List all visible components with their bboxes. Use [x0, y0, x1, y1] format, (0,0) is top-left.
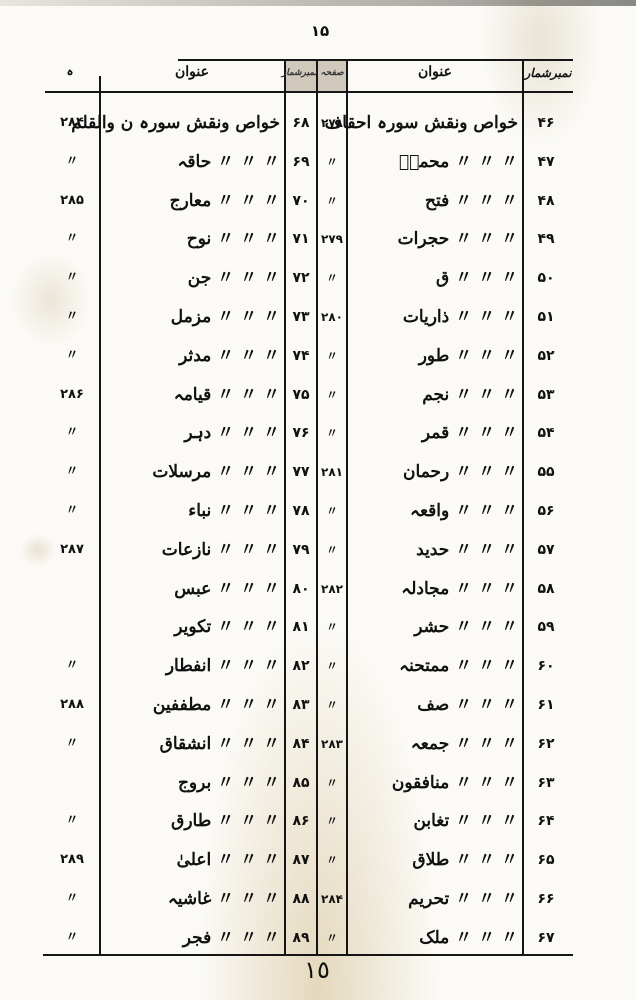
right-title-cell: 〃 〃 〃 منافقون	[350, 764, 518, 802]
left-page-cell: 〃	[50, 919, 94, 957]
right-serial-cell: ۶۰	[526, 647, 566, 685]
table-row: ۶۶〃 〃 〃 تحریم۲۸۴۸۸〃 〃 〃 غاشیہ〃	[0, 880, 636, 918]
right-serial-cell: ۵۱	[526, 298, 566, 336]
table-row: ۶۷〃 〃 〃 ملک〃۸۹〃 〃 〃 فجر〃	[0, 919, 636, 957]
page-cell: 〃	[318, 337, 346, 375]
right-serial-cell: ۴۹	[526, 220, 566, 258]
right-serial-cell: ۶۴	[526, 802, 566, 840]
left-serial-cell: ۷۶	[286, 414, 316, 452]
right-serial-cell: ۵۴	[526, 414, 566, 452]
table-row: ۵۸〃 〃 〃 مجادلہ۲۸۲۸۰〃 〃 〃 عبس	[0, 570, 636, 608]
table-row: ۵۷〃 〃 〃 حدید〃۷۹〃 〃 〃 نازعات۲۸۷	[0, 531, 636, 569]
right-serial-cell: ۵۷	[526, 531, 566, 569]
left-serial-cell: ۷۷	[286, 453, 316, 491]
table-row: ۴۸〃 〃 〃 فتح〃۷۰〃 〃 〃 معارج۲۸۵	[0, 182, 636, 220]
header-left-title: عنوان	[100, 64, 284, 80]
left-page-cell: ۲۸۶	[50, 376, 94, 414]
page-top-edge	[0, 0, 636, 6]
left-page-cell: 〃	[50, 337, 94, 375]
table-row: ۵۳〃 〃 〃 نجم〃۷۵〃 〃 〃 قیامہ۲۸۶	[0, 376, 636, 414]
right-title-cell: 〃 〃 〃 ذاریات	[350, 298, 518, 336]
left-title-cell: 〃 〃 〃 مدثر	[104, 337, 280, 375]
table-top-rule	[178, 59, 573, 61]
header-left-page: ہ	[50, 64, 90, 78]
left-serial-cell: ۸۴	[286, 725, 316, 763]
right-title-cell: 〃 〃 〃 ق	[350, 259, 518, 297]
left-page-cell: 〃	[50, 647, 94, 685]
right-serial-cell: ۶۶	[526, 880, 566, 918]
left-title-cell: 〃 〃 〃 اعلیٰ	[104, 841, 280, 879]
header-page: صفحہ	[317, 68, 347, 78]
left-title-cell: 〃 〃 〃 بروج	[104, 764, 280, 802]
right-serial-cell: ۶۷	[526, 919, 566, 957]
left-title-cell: 〃 〃 〃 طارق	[104, 802, 280, 840]
table-row: ۶۵〃 〃 〃 طلاق〃۸۷〃 〃 〃 اعلیٰ۲۸۹	[0, 841, 636, 879]
right-serial-cell: ۵۹	[526, 608, 566, 646]
right-title-cell: 〃 〃 〃 محمدؐ	[350, 143, 518, 181]
right-serial-cell: ۴۶	[526, 104, 566, 142]
left-title-cell: 〃 〃 〃 معارج	[104, 182, 280, 220]
page-cell: 〃	[318, 841, 346, 879]
table-row: ۶۱〃 〃 〃 صف〃۸۳〃 〃 〃 مطففین۲۸۸	[0, 686, 636, 724]
right-title-cell: 〃 〃 〃 قمر	[350, 414, 518, 452]
page-cell: 〃	[318, 608, 346, 646]
left-serial-cell: ۸۹	[286, 919, 316, 957]
left-title-cell: 〃 〃 〃 انشقاق	[104, 725, 280, 763]
left-title-cell: 〃 〃 〃 انفطار	[104, 647, 280, 685]
left-page-cell: ۲۸۷	[50, 531, 94, 569]
right-title-cell: 〃 〃 〃 جمعہ	[350, 725, 518, 763]
left-title-cell: 〃 〃 〃 عبس	[104, 570, 280, 608]
header-right-title: عنوان	[348, 64, 522, 80]
table-row: ۵۱〃 〃 〃 ذاریات۲۸۰۷۳〃 〃 〃 مزمل〃	[0, 298, 636, 336]
right-serial-cell: ۵۲	[526, 337, 566, 375]
right-serial-cell: ۶۱	[526, 686, 566, 724]
left-serial-cell: ۸۰	[286, 570, 316, 608]
page-cell: 〃	[318, 492, 346, 530]
left-serial-cell: ۸۵	[286, 764, 316, 802]
right-title-cell: 〃 〃 〃 فتح	[350, 182, 518, 220]
right-serial-cell: ۵۸	[526, 570, 566, 608]
left-title-cell: 〃 〃 〃 نوح	[104, 220, 280, 258]
table-row: ۶۰〃 〃 〃 ممتحنہ〃۸۲〃 〃 〃 انفطار〃	[0, 647, 636, 685]
page-cell: 〃	[318, 182, 346, 220]
left-page-cell: ۲۸۴	[50, 104, 94, 142]
scanned-page: ۱۵ نمبرشمار عنوان صفحہ نمبرشمار عنوان ہ …	[0, 0, 636, 1000]
left-serial-cell: ۶۸	[286, 104, 316, 142]
table-row: ۵۴〃 〃 〃 قمر〃۷۶〃 〃 〃 دہر〃	[0, 414, 636, 452]
page-cell: 〃	[318, 764, 346, 802]
right-serial-cell: ۵۳	[526, 376, 566, 414]
right-serial-cell: ۵۶	[526, 492, 566, 530]
right-serial-cell: ۵۰	[526, 259, 566, 297]
left-serial-cell: ۸۶	[286, 802, 316, 840]
page-cell: 〃	[318, 376, 346, 414]
left-serial-cell: ۶۹	[286, 143, 316, 181]
table-row: ۴۷〃 〃 〃 محمدؐ〃۶۹〃 〃 〃 حاقہ〃	[0, 143, 636, 181]
page-number-top: ۱۵	[300, 22, 340, 40]
left-serial-cell: ۷۰	[286, 182, 316, 220]
left-title-cell: 〃 〃 〃 غاشیہ	[104, 880, 280, 918]
left-title-cell: 〃 〃 〃 نازعات	[104, 531, 280, 569]
right-title-cell: 〃 〃 〃 ملک	[350, 919, 518, 957]
page-cell: ۲۸۱	[318, 453, 346, 491]
left-page-cell: 〃	[50, 453, 94, 491]
left-title-cell: 〃 〃 〃 فجر	[104, 919, 280, 957]
right-title-cell: 〃 〃 〃 طلاق	[350, 841, 518, 879]
left-title-cell: 〃 〃 〃 دہر	[104, 414, 280, 452]
header-right-serial: نمبرشمار	[524, 66, 572, 80]
left-serial-cell: ۸۳	[286, 686, 316, 724]
left-serial-cell: ۷۴	[286, 337, 316, 375]
right-title-cell: 〃 〃 〃 حجرات	[350, 220, 518, 258]
left-title-cell: 〃 〃 〃 تکویر	[104, 608, 280, 646]
right-serial-cell: ۶۳	[526, 764, 566, 802]
left-title-cell: 〃 〃 〃 حاقہ	[104, 143, 280, 181]
left-title-cell: 〃 〃 〃 قیامہ	[104, 376, 280, 414]
page-cell: ۲۷۹	[318, 220, 346, 258]
left-page-cell: 〃	[50, 492, 94, 530]
left-serial-cell: ۷۳	[286, 298, 316, 336]
left-page-cell: 〃	[50, 802, 94, 840]
right-title-cell: 〃 〃 〃 طور	[350, 337, 518, 375]
page-number-bottom: ١٥	[292, 956, 342, 984]
table-row: ۵۵〃 〃 〃 رحمان۲۸۱۷۷〃 〃 〃 مرسلات〃	[0, 453, 636, 491]
left-serial-cell: ۸۸	[286, 880, 316, 918]
right-title-cell: خواص ونقش سورہ احقاف	[350, 104, 518, 142]
left-serial-cell: ۷۵	[286, 376, 316, 414]
left-serial-cell: ۸۱	[286, 608, 316, 646]
page-cell: 〃	[318, 531, 346, 569]
page-cell: ۲۸۳	[318, 725, 346, 763]
left-page-cell: 〃	[50, 414, 94, 452]
page-cell: 〃	[318, 414, 346, 452]
page-cell: ۲۸۴	[318, 880, 346, 918]
left-page-cell: 〃	[50, 298, 94, 336]
page-cell: 〃	[318, 647, 346, 685]
right-title-cell: 〃 〃 〃 ممتحنہ	[350, 647, 518, 685]
right-title-cell: 〃 〃 〃 نجم	[350, 376, 518, 414]
table-row: ۴۶خواص ونقش سورہ احقاف۲۷۸۶۸خواص ونقش سور…	[0, 104, 636, 142]
right-serial-cell: ۶۲	[526, 725, 566, 763]
right-title-cell: 〃 〃 〃 حدید	[350, 531, 518, 569]
table-row: ۶۴〃 〃 〃 تغابن〃۸۶〃 〃 〃 طارق〃	[0, 802, 636, 840]
table-row: ۶۲〃 〃 〃 جمعہ۲۸۳۸۴〃 〃 〃 انشقاق〃	[0, 725, 636, 763]
left-title-cell: 〃 〃 〃 مزمل	[104, 298, 280, 336]
right-title-cell: 〃 〃 〃 رحمان	[350, 453, 518, 491]
left-title-cell: 〃 〃 〃 نباء	[104, 492, 280, 530]
left-serial-cell: ۸۷	[286, 841, 316, 879]
left-page-cell: ۲۸۸	[50, 686, 94, 724]
table-row: ۵۲〃 〃 〃 طور〃۷۴〃 〃 〃 مدثر〃	[0, 337, 636, 375]
right-title-cell: 〃 〃 〃 صف	[350, 686, 518, 724]
right-serial-cell: ۶۵	[526, 841, 566, 879]
header-bottom-rule	[45, 91, 573, 93]
left-page-cell	[50, 608, 94, 646]
left-page-cell	[50, 570, 94, 608]
left-page-cell: ۲۸۹	[50, 841, 94, 879]
right-title-cell: 〃 〃 〃 تغابن	[350, 802, 518, 840]
header-left-serial: نمبرشمار	[285, 68, 317, 78]
left-page-cell: ۲۸۵	[50, 182, 94, 220]
left-serial-cell: ۷۸	[286, 492, 316, 530]
left-title-cell: خواص ونقش سورہ ن والقلم	[104, 104, 280, 142]
right-serial-cell: ۵۵	[526, 453, 566, 491]
left-page-cell: 〃	[50, 725, 94, 763]
table-row: ۵۹〃 〃 〃 حشر〃۸۱〃 〃 〃 تکویر	[0, 608, 636, 646]
left-page-cell	[50, 764, 94, 802]
left-title-cell: 〃 〃 〃 جن	[104, 259, 280, 297]
page-cell: 〃	[318, 143, 346, 181]
page-cell: ۲۸۰	[318, 298, 346, 336]
page-cell: 〃	[318, 259, 346, 297]
left-title-cell: 〃 〃 〃 مرسلات	[104, 453, 280, 491]
left-serial-cell: ۷۲	[286, 259, 316, 297]
table-row: ۵۰〃 〃 〃 ق〃۷۲〃 〃 〃 جن〃	[0, 259, 636, 297]
left-serial-cell: ۸۲	[286, 647, 316, 685]
page-cell: ۲۸۲	[318, 570, 346, 608]
right-title-cell: 〃 〃 〃 واقعہ	[350, 492, 518, 530]
right-title-cell: 〃 〃 〃 مجادلہ	[350, 570, 518, 608]
table-row: ۵۶〃 〃 〃 واقعہ〃۷۸〃 〃 〃 نباء〃	[0, 492, 636, 530]
page-cell: 〃	[318, 686, 346, 724]
page-cell: 〃	[318, 919, 346, 957]
table-row: ۴۹〃 〃 〃 حجرات۲۷۹۷۱〃 〃 〃 نوح〃	[0, 220, 636, 258]
page-cell: 〃	[318, 802, 346, 840]
left-serial-cell: ۷۹	[286, 531, 316, 569]
right-title-cell: 〃 〃 〃 حشر	[350, 608, 518, 646]
right-title-cell: 〃 〃 〃 تحریم	[350, 880, 518, 918]
right-serial-cell: ۴۸	[526, 182, 566, 220]
left-page-cell: 〃	[50, 880, 94, 918]
page-cell: ۲۷۸	[318, 104, 346, 142]
left-page-cell: 〃	[50, 143, 94, 181]
table-row: ۶۳〃 〃 〃 منافقون〃۸۵〃 〃 〃 بروج	[0, 764, 636, 802]
left-serial-cell: ۷۱	[286, 220, 316, 258]
left-page-cell: 〃	[50, 259, 94, 297]
left-page-cell: 〃	[50, 220, 94, 258]
right-serial-cell: ۴۷	[526, 143, 566, 181]
left-title-cell: 〃 〃 〃 مطففین	[104, 686, 280, 724]
